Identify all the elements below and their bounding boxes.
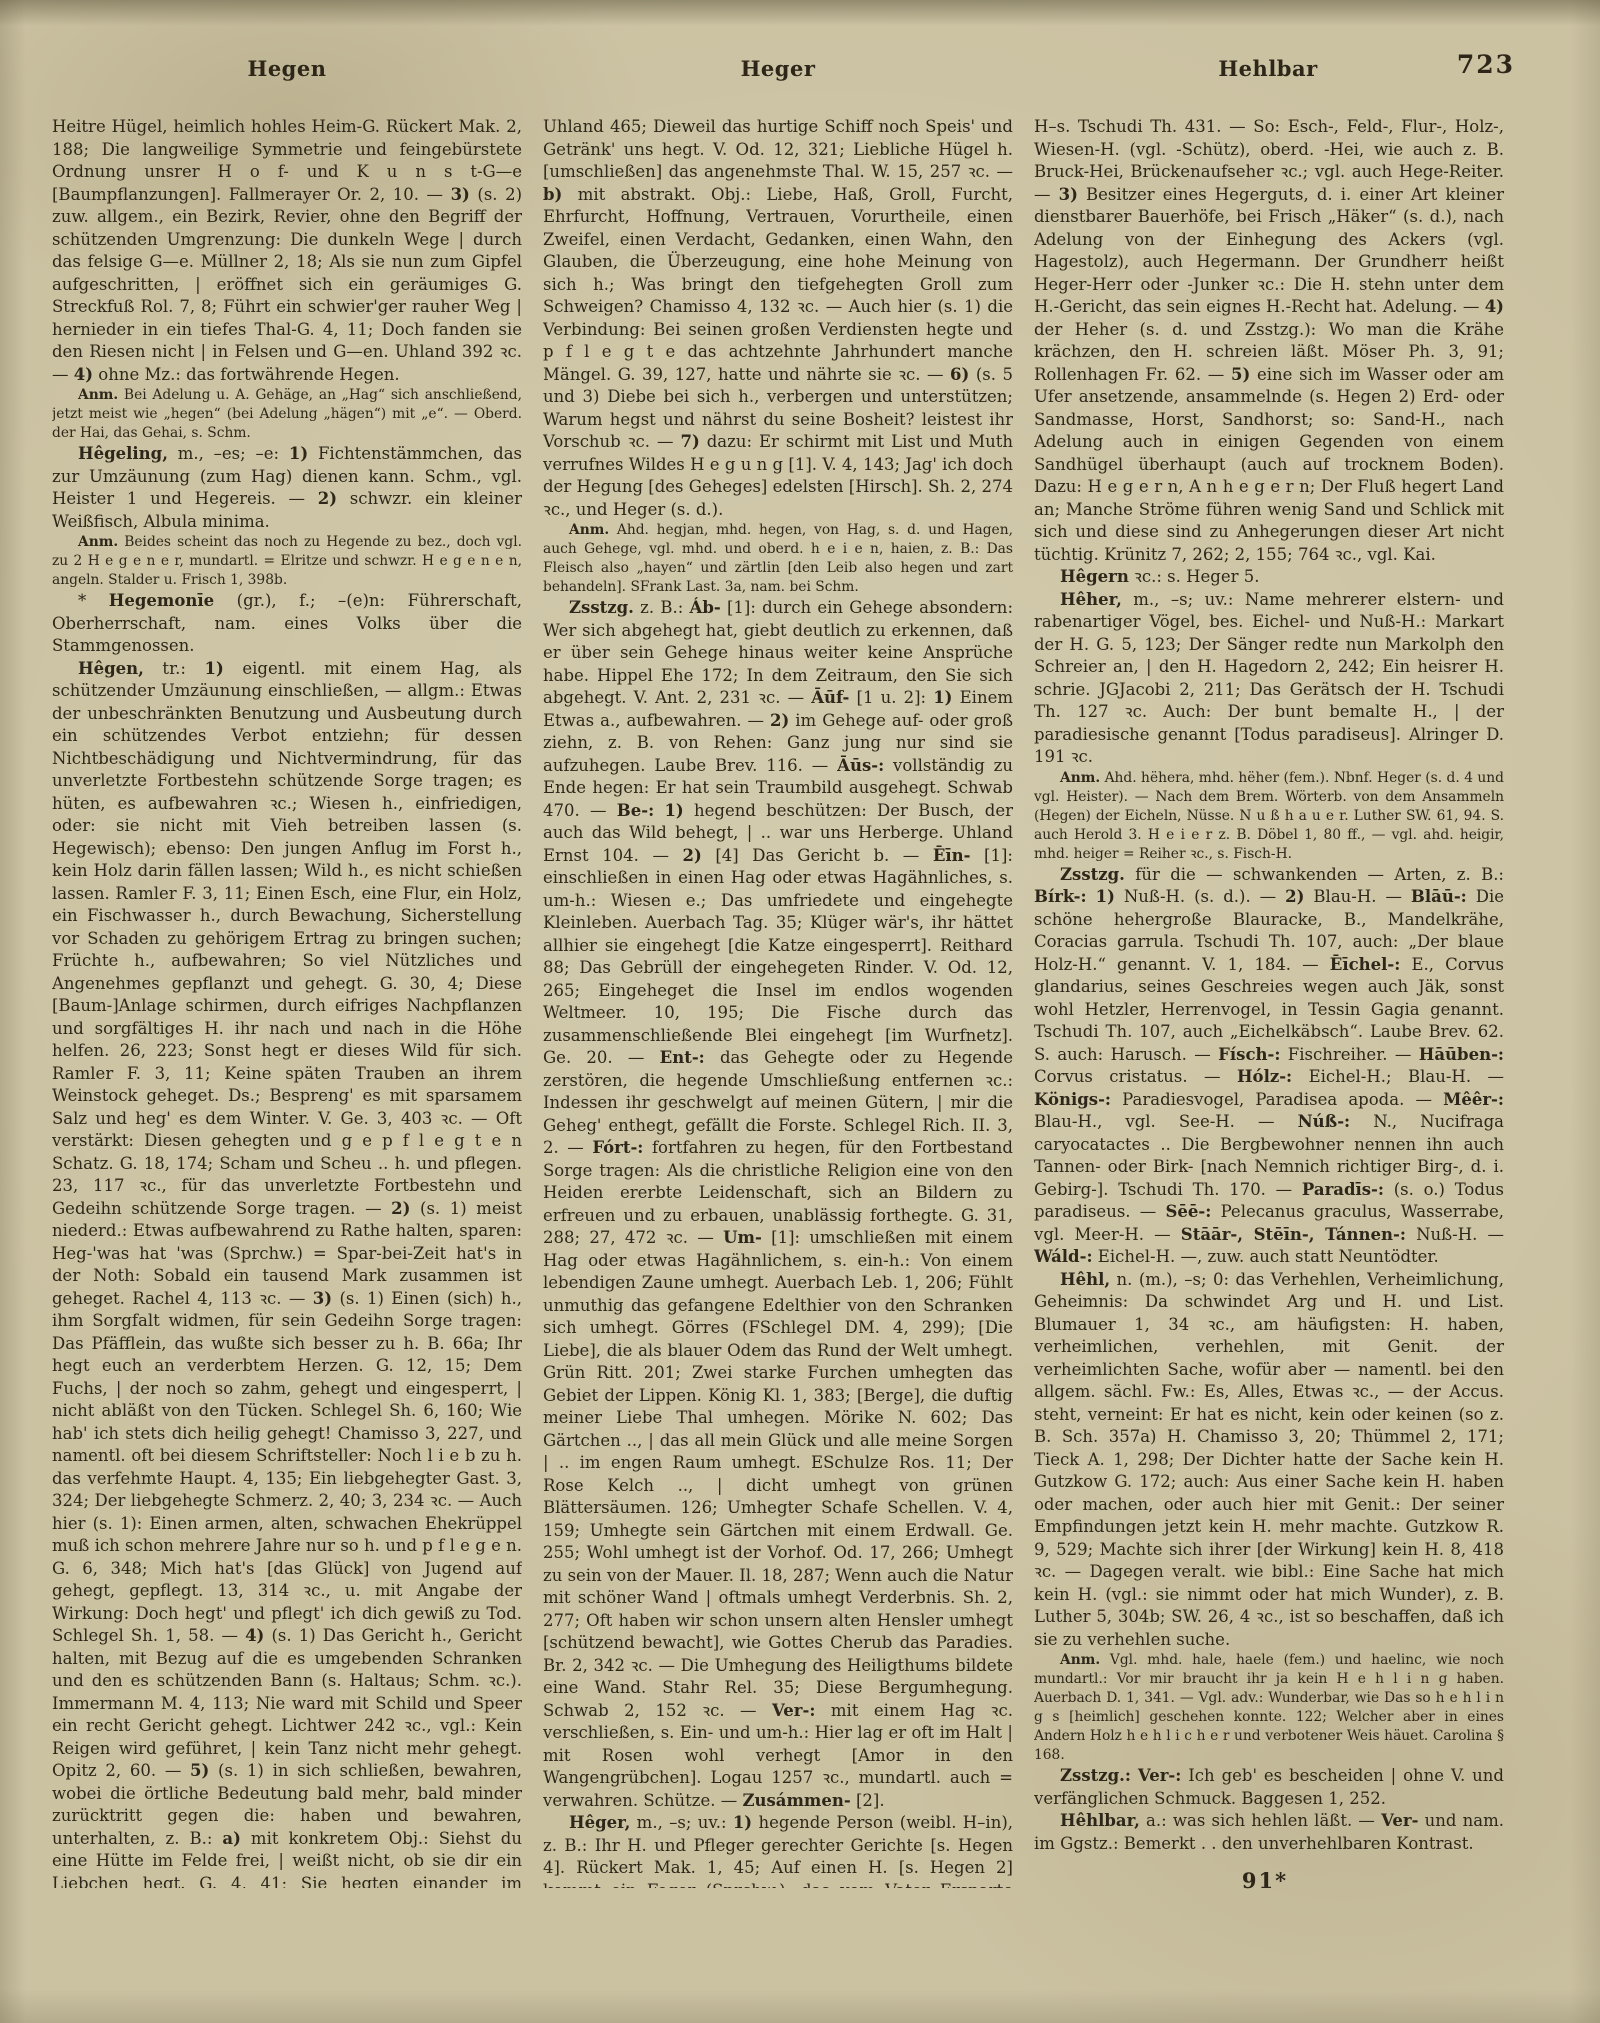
paragraph: * Hegemonīe (gr.), f.; –(e)n: Führerscha… — [52, 590, 522, 658]
scanned-dictionary-page: Hegen Heger Hehlbar 723 Heitre Hügel, he… — [0, 0, 1600, 2023]
paragraph: Hêher, m., –s; uv.: Name mehrerer elster… — [1034, 589, 1504, 769]
signature-mark: 91* — [1190, 1868, 1340, 1893]
paragraph: Hêhl, n. (m.), –s; 0: das Verhehlen, Ver… — [1034, 1269, 1504, 1652]
paragraph: H–s. Tschudi Th. 431. — So: Esch-, Feld-… — [1034, 116, 1504, 566]
running-head-left: Hegen — [52, 56, 522, 81]
paragraph: Anm. Bei Adelung u. A. Gehäge, an „Hag“ … — [52, 386, 522, 443]
paragraph: Hêger, m., –s; uv.: 1) hegende Person (w… — [543, 1812, 1013, 1888]
paragraph: Anm. Ahd. hëhera, mhd. hëher (fem.). Nbn… — [1034, 769, 1504, 864]
column-1: Heitre Hügel, heimlich hohles Heim-G. Rü… — [52, 116, 522, 1888]
paragraph: Hêgen, tr.: 1) eigentl. mit einem Hag, a… — [52, 658, 522, 1889]
page-number: 723 — [1380, 50, 1515, 79]
paragraph: Hêhlbar, a.: was sich hehlen läßt. — Ver… — [1034, 1810, 1504, 1855]
paragraph: Anm. Beides scheint das noch zu Hegende … — [52, 533, 522, 590]
paragraph: Hêgern ꝛc.: s. Heger 5. — [1034, 566, 1504, 589]
running-head-center: Heger — [543, 56, 1013, 81]
paragraph: Anm. Ahd. hegjan, mhd. hegen, von Hag, s… — [543, 521, 1013, 597]
paragraph: Uhland 465; Dieweil das hurtige Schiff n… — [543, 116, 1013, 521]
paragraph: Zsstzg. für die — schwankenden — Arten, … — [1034, 864, 1504, 1269]
paragraph: Heitre Hügel, heimlich hohles Heim-G. Rü… — [52, 116, 522, 386]
paragraph: Hêgeling, m., –es; –e: 1) Fichtenstämmch… — [52, 443, 522, 533]
column-3: H–s. Tschudi Th. 431. — So: Esch-, Feld-… — [1034, 116, 1504, 1888]
column-2: Uhland 465; Dieweil das hurtige Schiff n… — [543, 116, 1013, 1888]
paragraph: Zsstzg. z. B.: Áb- [1]: durch ein Gehege… — [543, 597, 1013, 1812]
paragraph: Anm. Vgl. mhd. hale, haele (fem.) und ha… — [1034, 1651, 1504, 1765]
paragraph: Zsstzg.: Ver-: Ich geb' es bescheiden | … — [1034, 1765, 1504, 1810]
text-columns: Heitre Hügel, heimlich hohles Heim-G. Rü… — [52, 116, 1504, 1888]
